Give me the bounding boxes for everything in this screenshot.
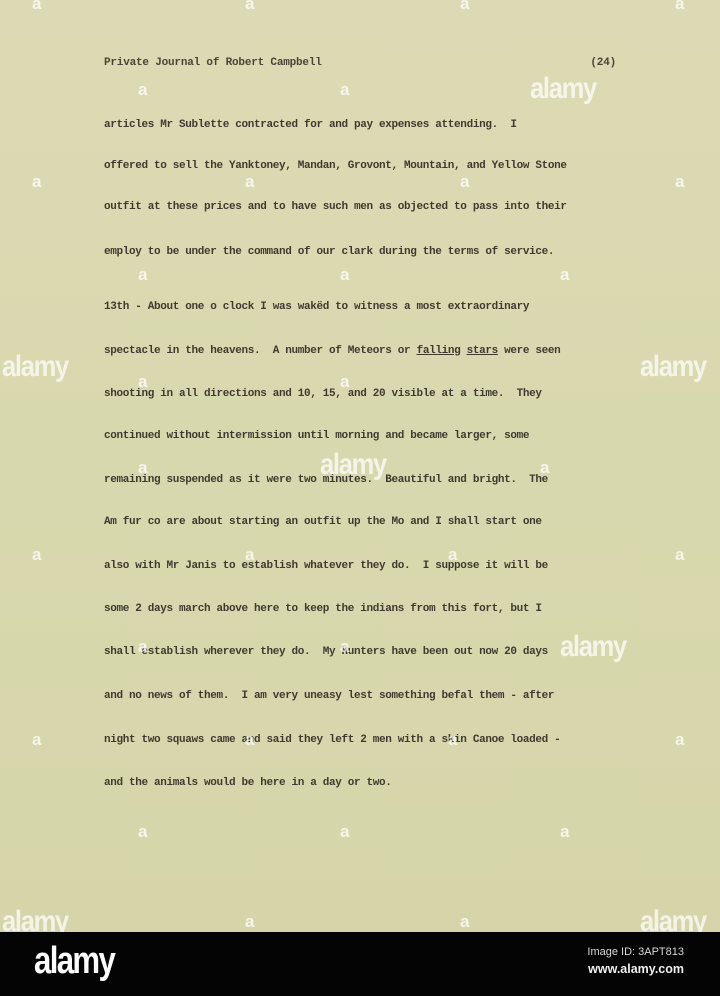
text-line: some 2 days march above here to keep the… [104,603,542,615]
watermark-mark: a [675,730,684,750]
watermark-logo: alamy [640,905,706,932]
text-line: spectacle in the heavens. A number of Me… [104,345,560,357]
watermark-mark: a [340,80,349,100]
watermark-mark: a [138,458,147,478]
text-line: also with Mr Janis to establish whatever… [104,560,548,572]
text-line: outfit at these prices and to have such … [104,201,567,213]
text-line: and the animals would be here in a day o… [104,777,392,789]
watermark-logo: alamy [530,72,596,106]
watermark-mark: a [675,545,684,565]
watermark-mark: a [245,545,254,565]
document-page: Private Journal of Robert Campbell (24) … [0,0,720,932]
watermark-logo: alamy [320,448,386,482]
watermark-mark: a [138,265,147,285]
document-header: Private Journal of Robert Campbell (24) [104,57,616,69]
watermark-mark: a [245,730,254,750]
watermark-mark: a [138,637,147,657]
journal-title: Private Journal of Robert Campbell [104,57,322,69]
text-line: and no news of them. I am very uneasy le… [104,690,554,702]
alamy-logo: alamy [34,940,114,983]
text-segment: spectacle in the heavens. A number of Me… [104,345,417,357]
watermark-mark: a [245,172,254,192]
text-line: articles Mr Sublette contracted for and … [104,119,517,131]
watermark-mark: a [340,372,349,392]
watermark-mark: a [560,822,569,842]
text-line: Am fur co are about starting an outfit u… [104,516,542,528]
watermark-logo: alamy [560,630,626,664]
watermark-logo: alamy [2,905,68,932]
watermark-mark: a [675,172,684,192]
text-line: shall establish wherever they do. My Hun… [104,646,548,658]
watermark-mark: a [460,0,469,14]
watermark-logo: alamy [640,350,706,384]
watermark-mark: a [560,265,569,285]
text-line: night two squaws came and said they left… [104,734,560,746]
watermark-mark: a [245,0,254,14]
watermark-mark: a [540,458,549,478]
text-line: offered to sell the Yanktoney, Mandan, G… [104,160,567,172]
watermark-mark: a [340,637,349,657]
underlined-word: falling [417,345,461,357]
watermark-mark: a [138,372,147,392]
watermark-mark: a [460,912,469,932]
text-line: employ to be under the command of our cl… [104,246,554,258]
watermark-mark: a [32,545,41,565]
text-line: 13th - About one o clock I was wakëd to … [104,301,529,313]
page-number: (24) [590,57,616,69]
watermark-mark: a [460,172,469,192]
watermark-mark: a [675,0,684,14]
site-url[interactable]: www.alamy.com [588,962,684,976]
text-line: shooting in all directions and 10, 15, a… [104,388,542,400]
underlined-word: stars [467,345,498,357]
watermark-mark: a [245,912,254,932]
watermark-mark: a [32,172,41,192]
watermark-mark: a [32,730,41,750]
text-line: continued without intermission until mor… [104,430,529,442]
watermark-mark: a [340,822,349,842]
watermark-mark: a [340,265,349,285]
watermark-logo: alamy [2,350,68,384]
watermark-mark: a [138,80,147,100]
watermark-mark: a [448,730,457,750]
watermark-mark: a [448,545,457,565]
image-id: Image ID: 3APT813 [587,946,684,958]
footer-bar: alamy Image ID: 3APT813 www.alamy.com [0,932,720,996]
watermark-mark: a [32,0,41,14]
watermark-mark: a [138,822,147,842]
text-segment: were seen [498,345,561,357]
